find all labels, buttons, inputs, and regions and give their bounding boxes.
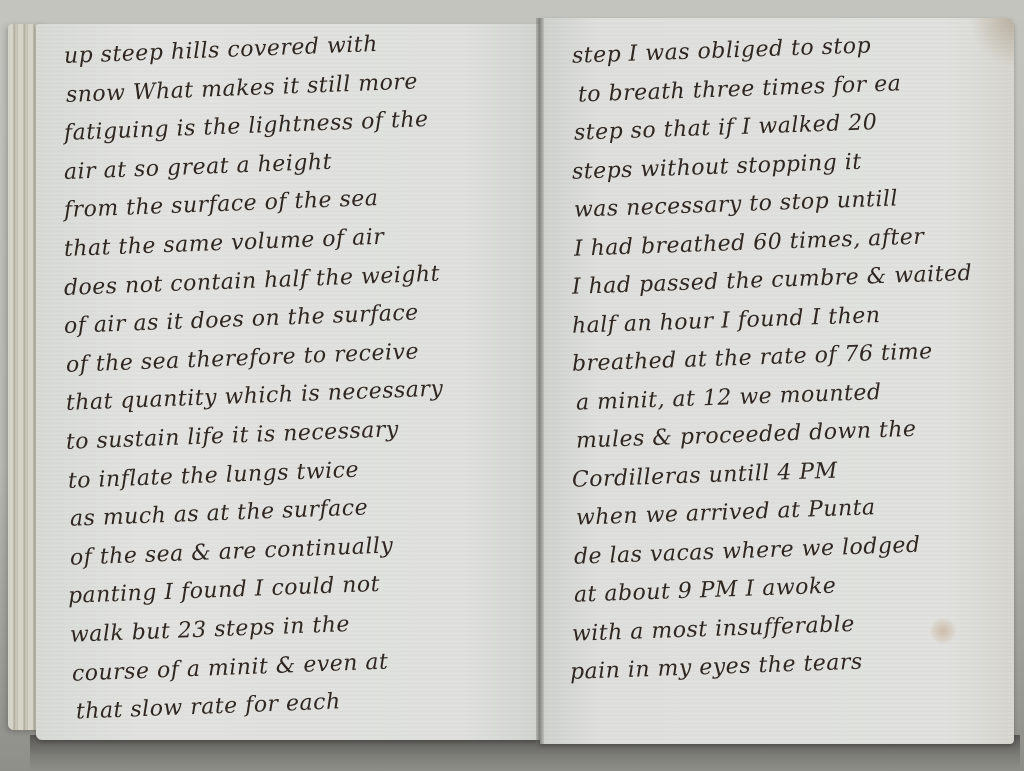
book-gutter bbox=[536, 18, 544, 744]
photo-scene: up steep hills covered with snow What ma… bbox=[0, 0, 1024, 771]
left-page-text: up steep hills covered with snow What ma… bbox=[64, 38, 534, 733]
right-page-text: step I was obliged to stop to breath thr… bbox=[566, 38, 1006, 693]
